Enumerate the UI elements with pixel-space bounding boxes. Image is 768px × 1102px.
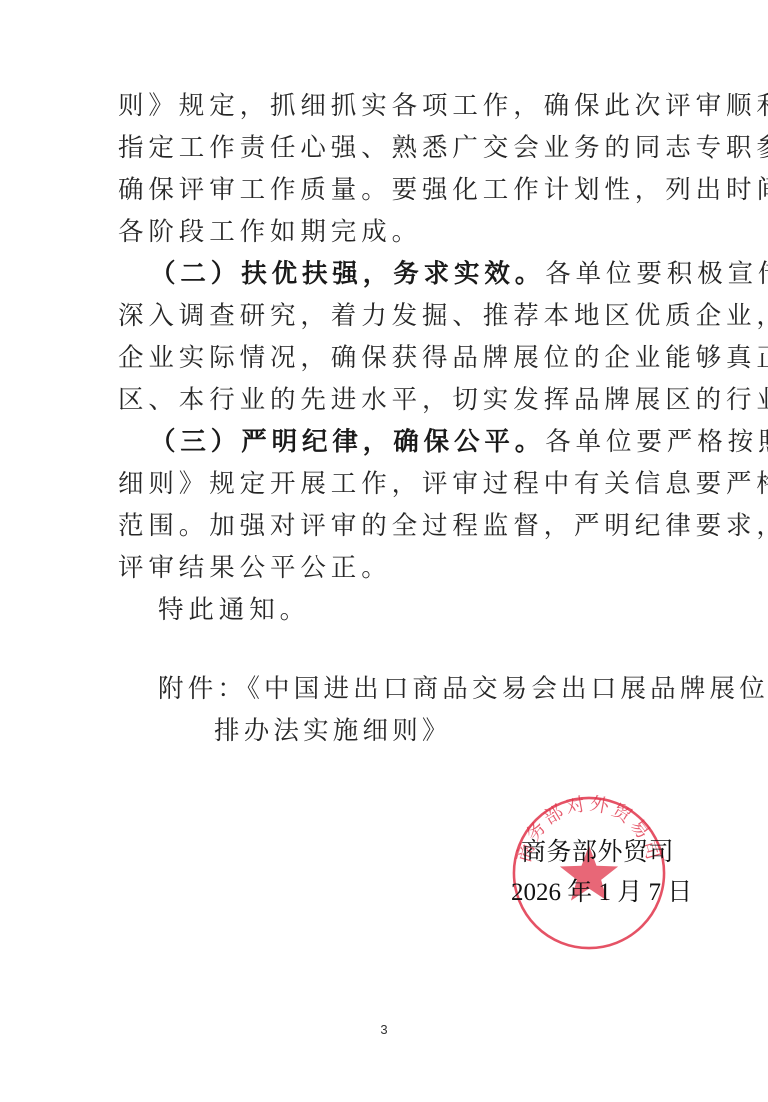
paragraph-line: 则》规定，抓细抓实各项工作，确保此次评审顺利进行。要 bbox=[118, 85, 768, 127]
section-3-text: 各单位要严格按照《实施 bbox=[545, 427, 768, 457]
section-2-heading: （二）扶优扶强，务求实效。 bbox=[150, 259, 545, 289]
attachment-line-1: 附件：《中国进出口商品交易会出口展品牌展位数量安 bbox=[158, 668, 768, 710]
signature-organization: 商务部外贸司 bbox=[521, 838, 674, 868]
paragraph-line: 评审结果公平公正。 bbox=[118, 547, 392, 589]
document-page: 则》规定，抓细抓实各项工作，确保此次评审顺利进行。要 指定工作责任心强、熟悉广交… bbox=[0, 0, 768, 1102]
section-3-heading: （三）严明纪律，确保公平。 bbox=[150, 427, 545, 457]
closing-text: 特此通知。 bbox=[158, 589, 310, 631]
paragraph-line: 范围。加强对评审的全过程监督，严明纪律要求，全力保障 bbox=[118, 505, 768, 547]
paragraph-line: 确保评审工作质量。要强化工作计划性，列出时间表，确保 bbox=[118, 169, 768, 211]
paragraph-line: 区、本行业的先进水平，切实发挥品牌展区的行业引领作用。 bbox=[118, 379, 768, 421]
attachment-line-2: 排办法实施细则》 bbox=[214, 710, 452, 752]
section-2-text: 各单位要积极宣传动员， bbox=[545, 259, 768, 289]
official-seal-icon: 商务部对外贸易司 bbox=[510, 794, 668, 952]
paragraph-line: 指定工作责任心强、熟悉广交会业务的同志专职参与评审， bbox=[118, 127, 768, 169]
section-2-first-line: （二）扶优扶强，务求实效。各单位要积极宣传动员， bbox=[150, 253, 768, 295]
paragraph-line: 各阶段工作如期完成。 bbox=[118, 211, 422, 253]
signature-date: 2026 年 1 月 7 日 bbox=[511, 878, 692, 908]
paragraph-line: 企业实际情况，确保获得品牌展位的企业能够真正代表本地 bbox=[118, 337, 768, 379]
section-3-first-line: （三）严明纪律，确保公平。各单位要严格按照《实施 bbox=[150, 421, 768, 463]
page-number: 3 bbox=[0, 1022, 768, 1037]
paragraph-line: 细则》规定开展工作，评审过程中有关信息要严格控制知悉 bbox=[118, 463, 768, 505]
paragraph-line: 深入调查研究，着力发掘、推荐本地区优质企业，掌握申请 bbox=[118, 295, 768, 337]
